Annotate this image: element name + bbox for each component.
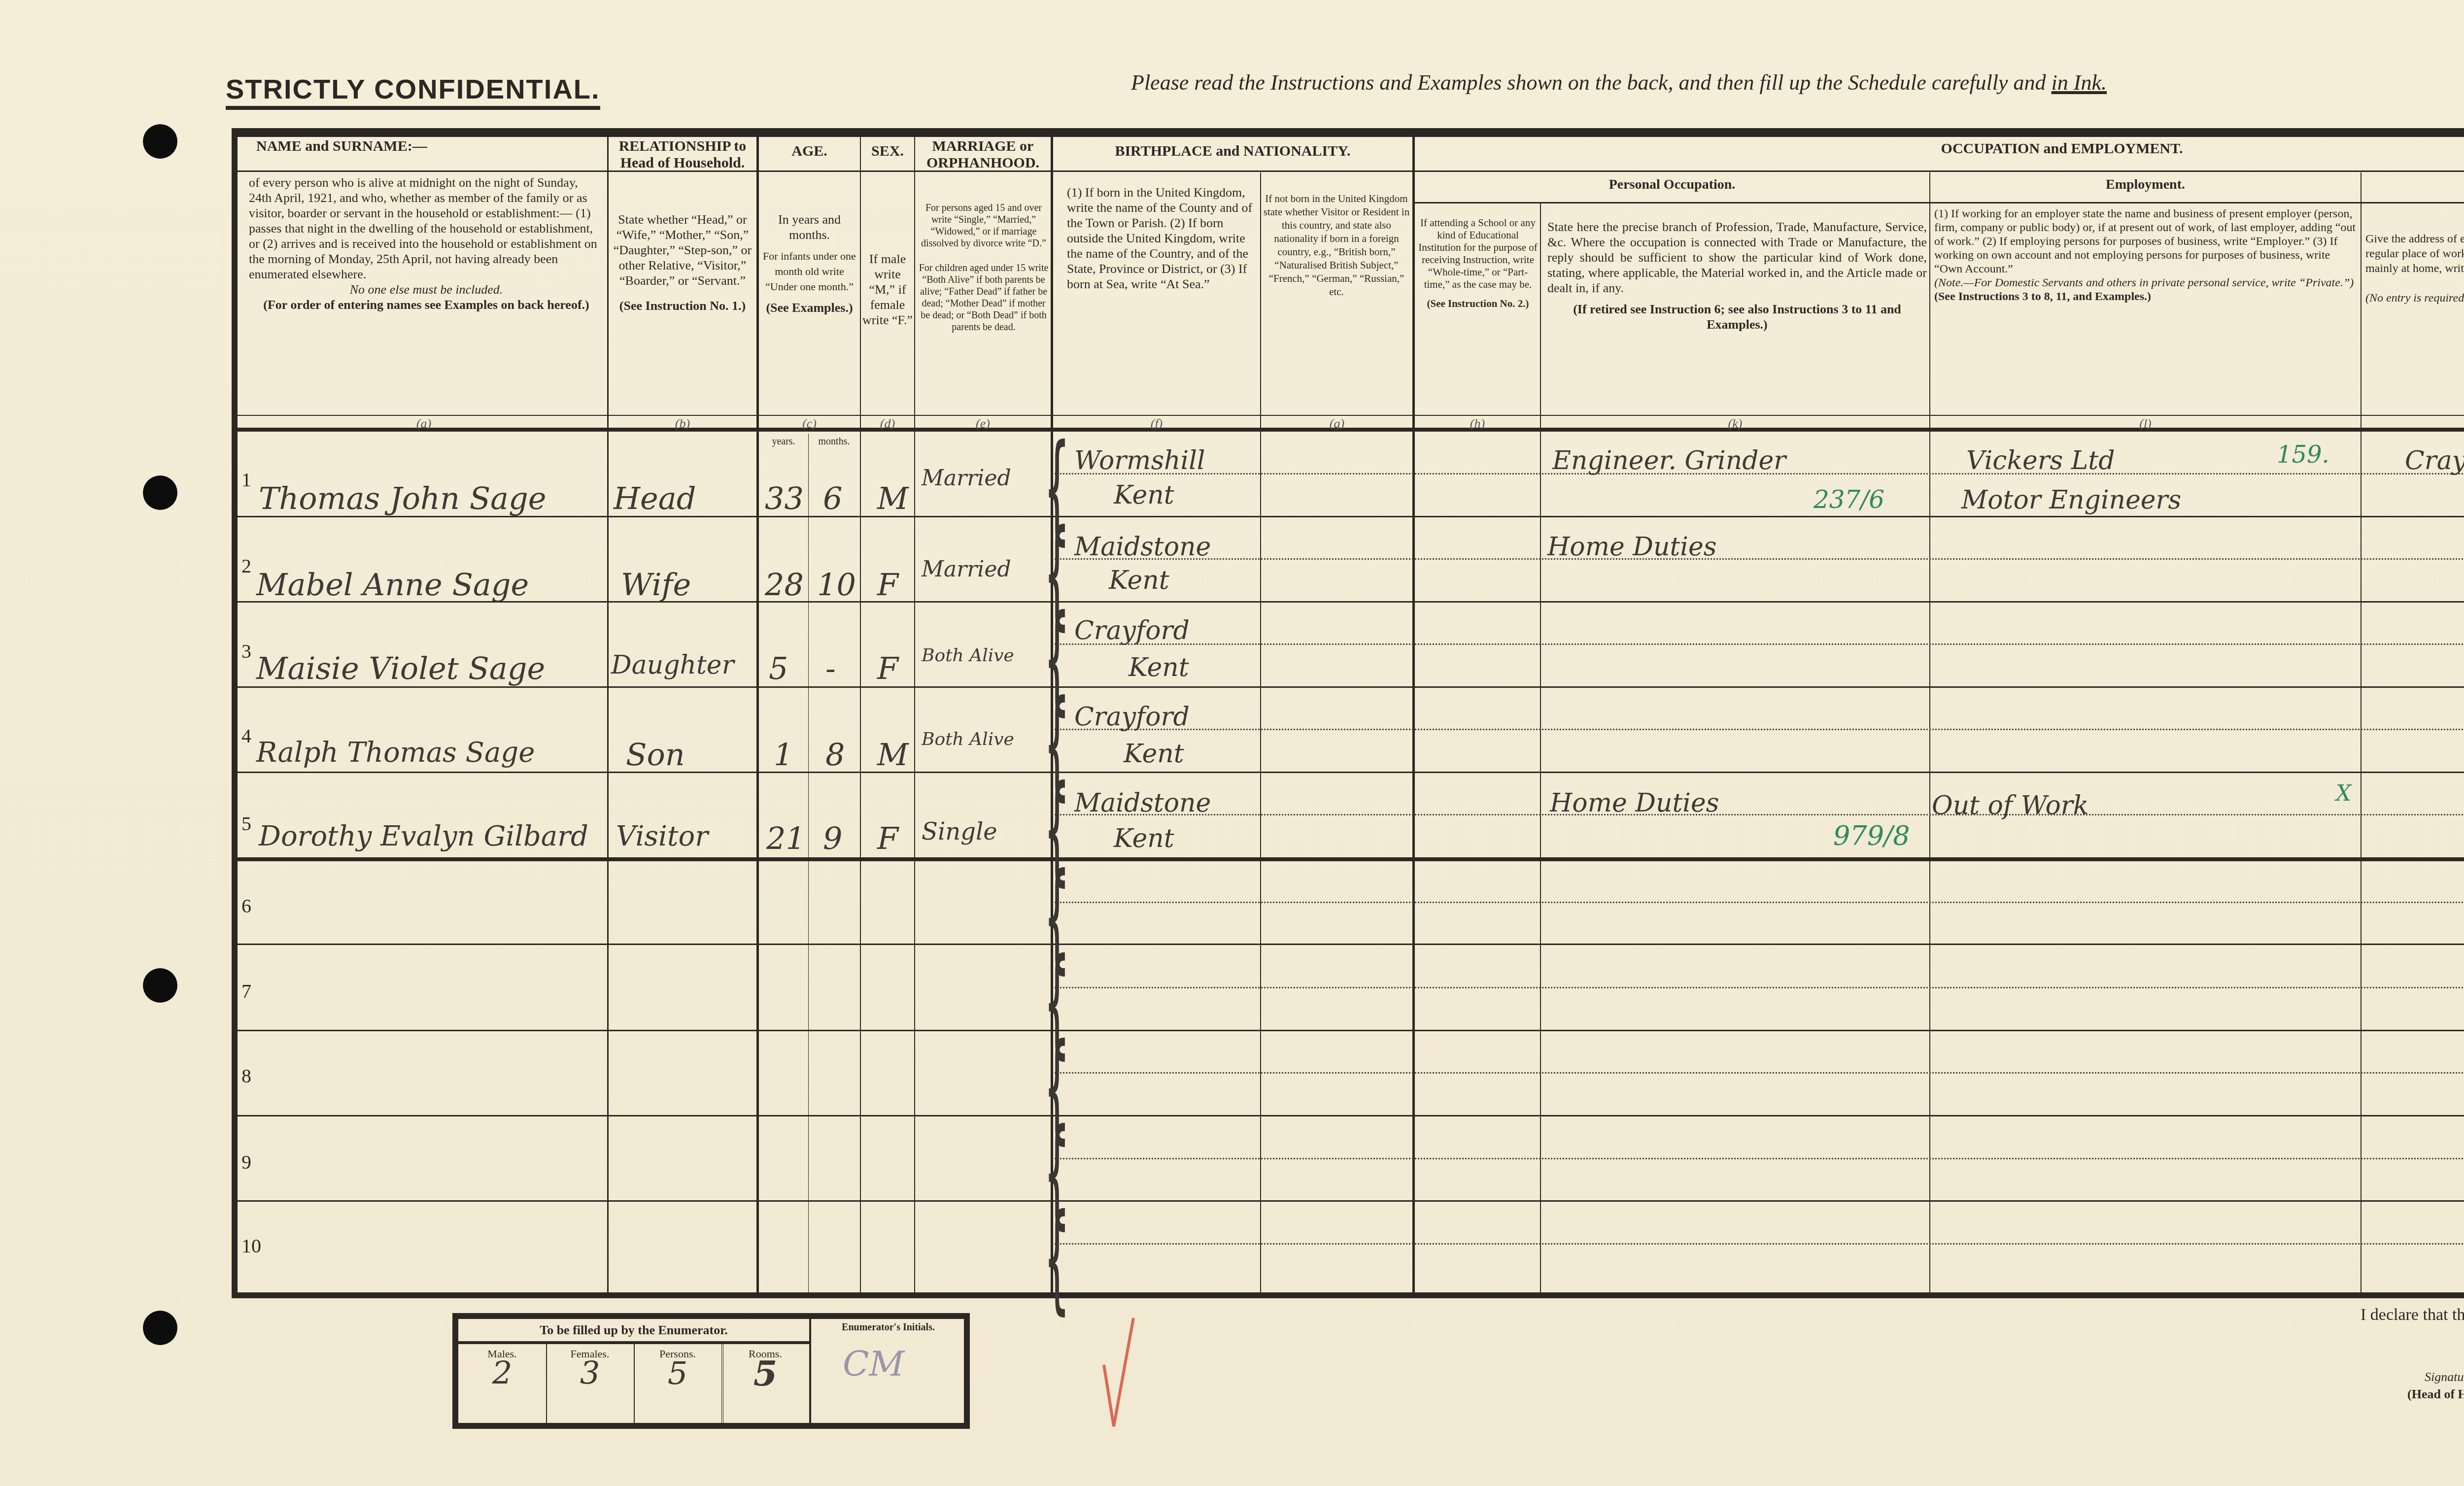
enumerator-box-title: To be filled up by the Enumerator. [458, 1319, 809, 1344]
relationship: Visitor [616, 820, 708, 852]
col-letter-c: (c) [759, 416, 860, 431]
col-e-title: MARRIAGE or ORPHANHOOD. [915, 138, 1051, 171]
person-name: Thomas John Sage [259, 480, 546, 516]
enumerator-initials: CM [843, 1344, 904, 1384]
col-b-footer: (See Instruction No. 1.) [611, 298, 754, 313]
col-letter-h: (h) [1415, 416, 1540, 431]
row-divider [238, 772, 2464, 773]
col-a-footer: (For order of entering names see Example… [249, 297, 604, 312]
punch-hole [143, 1311, 177, 1345]
col-letter-e: (e) [915, 416, 1051, 431]
age-months: 8 [825, 737, 845, 773]
persons-cell: Persons.5 [634, 1344, 723, 1423]
row-number: 10 [241, 1234, 261, 1257]
col-l-body: (1) If working for an employer state the… [1934, 207, 2358, 304]
dotted-line [1055, 558, 2464, 560]
col-a-body: of every person who is alive at midnight… [249, 175, 604, 312]
age-years: 21 [766, 820, 805, 856]
occupation: Engineer. Grinder [1552, 446, 1786, 475]
col-letter-k: (k) [1541, 416, 1929, 431]
col-e-body-text: For persons aged 15 and over write “Sing… [918, 202, 1050, 249]
years-subheader: years. [759, 436, 808, 447]
row-divider [238, 1115, 2464, 1116]
col-line-k-l [1929, 172, 1930, 1296]
birthplace: Crayford [1074, 702, 1190, 732]
col-h-footer: (See Instruction No. 2.) [1417, 298, 1539, 310]
col-k-body: State here the precise branch of Profess… [1547, 219, 1927, 332]
col-letter-m: (m) [2361, 416, 2464, 431]
col-c-note: For infants under one month old write “U… [761, 248, 857, 294]
row-divider [238, 1030, 2464, 1031]
age-years: 5 [769, 650, 788, 686]
age-years: 28 [765, 567, 804, 603]
col-k-title: Personal Occupation. [1415, 176, 1929, 193]
col-line-d-e [914, 134, 915, 1297]
col-line-l-m [2361, 172, 2361, 1296]
row-number: 2 [241, 554, 251, 577]
col-e-body: For persons aged 15 and over write “Sing… [918, 202, 1050, 333]
col-letter-a: (a) [241, 416, 606, 431]
marriage-status: Married [922, 557, 1011, 582]
brace: { [1044, 1198, 1070, 1317]
col-e-body2-text: For children aged under 15 write “Both A… [918, 262, 1050, 333]
sex: F [877, 820, 898, 856]
age-months: 9 [823, 820, 842, 856]
marriage-status: Single [922, 818, 997, 845]
age-months: 6 [823, 480, 842, 516]
col-fg-title: BIRTHPLACE and NATIONALITY. [1053, 143, 1412, 160]
col-line-f-g [1260, 172, 1261, 1296]
row-number: 1 [241, 468, 251, 491]
col-m-body: Give the address of each person's place … [2365, 232, 2464, 305]
birthplace: Crayford [1074, 616, 1190, 645]
initials-label: Enumerator's Initials. [813, 1322, 963, 1333]
place-of-work: Crayford [2405, 446, 2464, 475]
divider [809, 1319, 811, 1423]
signature-caption: (Head of Household, Manager of Establish… [2407, 1387, 2464, 1402]
col-a-body-text: of every person who is alive at midnight… [249, 175, 604, 282]
punch-hole [143, 475, 177, 510]
col-m-title: Place of Work. [2361, 176, 2464, 193]
person-name: Maisie Violet Sage [256, 650, 545, 686]
title-divider [238, 170, 2464, 172]
employer-business: Motor Engineers [1961, 485, 2181, 515]
col-k-footer: (If retired see Instruction 6; see also … [1547, 302, 1927, 332]
col-k-body-text: State here the precise branch of Profess… [1547, 219, 1927, 296]
row-number: 5 [241, 812, 251, 835]
row-number: 7 [241, 979, 251, 1003]
occupation-code: 237/6 [1814, 485, 1884, 514]
col-line-g-h [1412, 134, 1415, 1297]
col-letter-l: (l) [1930, 416, 2361, 431]
row-divider [238, 516, 2464, 517]
punch-hole [143, 968, 177, 1003]
col-occ-title: OCCUPATION and EMPLOYMENT. [1415, 140, 2464, 157]
males-value: 2 [458, 1364, 546, 1384]
relationship: Head [614, 480, 696, 516]
dotted-line [1055, 987, 2464, 988]
birthplace: Maidstone [1074, 532, 1211, 562]
dotted-line [1055, 643, 2464, 645]
col-m-note: (No entry is required for any person who… [2365, 291, 2464, 305]
birthplace-county: Kent [1124, 739, 1184, 769]
col-l-note: (Note.—For Domestic Servants and others … [1934, 276, 2358, 290]
row-divider-thick [238, 857, 2464, 861]
col-l-body-text: (1) If working for an employer state the… [1934, 207, 2358, 276]
instructions-line: Please read the Instructions and Example… [1131, 70, 2107, 95]
col-h-body-text: If attending a School or any kind of Edu… [1417, 217, 1539, 291]
col-f-body: (1) If born in the United Kingdom, write… [1067, 185, 1257, 292]
age-years: 33 [765, 480, 804, 516]
row-number: 4 [241, 724, 251, 747]
relationship: Wife [621, 567, 691, 603]
age-years: 1 [774, 737, 793, 773]
marriage-status: Both Alive [922, 645, 1014, 666]
rooms-cell: Rooms.5 [721, 1344, 809, 1423]
relationship: Daughter [611, 650, 734, 680]
col-letter-d: (d) [861, 416, 914, 431]
col-letter-f: (f) [1053, 416, 1260, 431]
person-name: Mabel Anne Sage [256, 567, 529, 603]
occupation: Home Duties [1547, 532, 1716, 562]
birthplace-county: Kent [1129, 653, 1189, 682]
months-subheader: months. [808, 436, 860, 447]
dotted-line [1055, 729, 2464, 730]
red-check-mark [1101, 1316, 1136, 1429]
employer: Out of Work [1932, 791, 2088, 820]
declaration-text: I declare that this Schedule is correctl… [2361, 1306, 2464, 1324]
col-line-b-c [756, 134, 759, 1297]
col-d-body: If male write “M,” if female write “F.” [862, 251, 913, 328]
instructions-text: Please read the Instructions and Example… [1131, 70, 2046, 95]
females-cell: Females.3 [546, 1344, 635, 1423]
dotted-line [1055, 814, 2464, 815]
persons-value: 5 [634, 1364, 721, 1384]
col-l-title: Employment. [1930, 176, 2361, 193]
birthplace-county: Kent [1109, 566, 1169, 595]
age-months: 10 [817, 567, 856, 603]
rooms-value: 5 [721, 1364, 809, 1384]
dotted-line [1055, 1072, 2464, 1074]
row-divider [238, 601, 2464, 603]
males-cell: Males.2 [458, 1344, 547, 1423]
dotted-line [1055, 1158, 2464, 1159]
birthplace: Maidstone [1074, 788, 1211, 818]
col-c-title: AGE. [759, 143, 860, 160]
col-line-c-d [860, 134, 861, 1297]
sex: M [877, 737, 908, 773]
col-c-body: In years and months.For infants under on… [761, 212, 857, 315]
marriage-status: Both Alive [922, 729, 1014, 749]
occupation: Home Duties [1550, 788, 1719, 818]
col-a-title-text: NAME and SURNAME:— [256, 138, 427, 154]
person-name: Ralph Thomas Sage [256, 737, 535, 769]
birthplace: Wormshill [1074, 446, 1205, 475]
row-number: 6 [241, 894, 251, 917]
col-l-footer: (See Instructions 3 to 8, 11, and Exampl… [1934, 290, 2358, 304]
sex: F [877, 567, 898, 603]
birthplace-county: Kent [1114, 480, 1174, 510]
col-a-note: No one else must be included. [249, 282, 604, 297]
col-c-footer: (See Examples.) [761, 300, 857, 315]
col-letter-b: (b) [609, 416, 756, 431]
employer-code: X [2336, 781, 2351, 806]
dotted-line [1055, 902, 2464, 903]
col-c-body-text: In years and months. [761, 212, 857, 242]
punch-hole [143, 124, 177, 159]
age-months: - [825, 650, 836, 686]
col-a-title: NAME and SURNAME:— [241, 138, 606, 168]
census-schedule-page: STRICTLY CONFIDENTIAL. Please read the I… [0, 0, 2464, 1486]
col-m-body-text: Give the address of each person's place … [2365, 232, 2464, 276]
col-h-body: If attending a School or any kind of Edu… [1417, 217, 1539, 310]
row-divider [238, 686, 2464, 688]
marriage-status: Married [922, 466, 1011, 491]
col-b-body: State whether “Head,” or “Wife,” “Mother… [611, 212, 754, 313]
row-number: 3 [241, 640, 251, 663]
employer: Vickers Ltd [1966, 446, 2115, 475]
enumerator-summary-box: To be filled up by the Enumerator. Enume… [452, 1313, 970, 1429]
birthplace-county: Kent [1114, 824, 1174, 853]
col-line-years-months [808, 434, 809, 1296]
row-divider [238, 1200, 2464, 1202]
sex: F [877, 650, 898, 686]
relationship: Son [626, 737, 685, 773]
confidential-heading: STRICTLY CONFIDENTIAL. [226, 73, 600, 110]
subtitle-divider [1414, 202, 2464, 203]
row-divider [238, 944, 2464, 945]
employer-code: 159. [2277, 441, 2329, 469]
females-value: 3 [546, 1364, 634, 1384]
row-number: 9 [241, 1150, 251, 1174]
col-letter-g: (g) [1262, 416, 1412, 431]
col-line-a-b [607, 134, 609, 1297]
col-d-title: SEX. [861, 143, 914, 160]
col-g-body: If not born in the United Kingdom state … [1263, 192, 1410, 299]
sex: M [877, 480, 908, 516]
occupation-code: 979/8 [1833, 820, 1910, 851]
col-line-h-k [1540, 203, 1541, 1297]
col-b-body-text: State whether “Head,” or “Wife,” “Mother… [611, 212, 754, 288]
row-number: 8 [241, 1064, 251, 1087]
signature-label: Signature [2425, 1370, 2464, 1385]
person-name: Dorothy Evalyn Gilbard [259, 820, 588, 852]
letter-divider [238, 415, 2464, 416]
in-ink-text: in Ink. [2052, 70, 2107, 95]
col-b-title: RELATIONSHIP to Head of Household. [609, 138, 756, 171]
dotted-line [1055, 1243, 2464, 1245]
